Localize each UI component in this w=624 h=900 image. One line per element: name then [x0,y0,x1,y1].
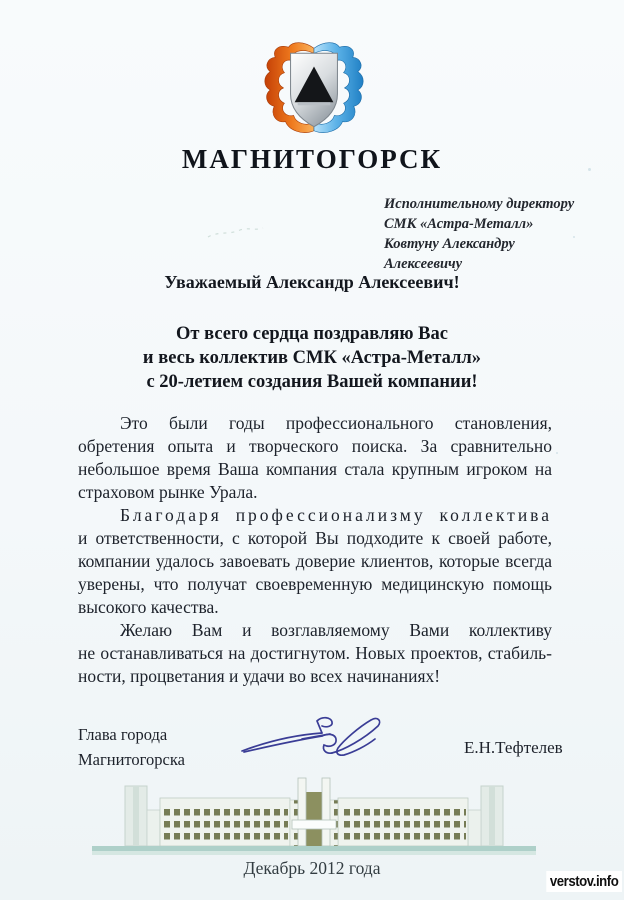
entrance-band [292,820,336,829]
text-line: не останавливаться на достигнутом. Новых… [78,642,552,665]
site-watermark: verstov.info [546,871,622,892]
congrats-line: и весь коллектив СМК «Астра-Металл» [0,346,624,370]
central-pillar [298,778,306,846]
text-line: Благодаря профессионализму коллектива [78,504,552,527]
salutation: Уважаемый Александр Алексеевич! [0,272,624,293]
recipient-line: Исполнительному директору [384,194,584,214]
signer-name: Е.Н.Тефтелев [464,738,563,758]
letter-body: Это были годы профессионального становле… [78,412,552,688]
magnitogorsk-coat-of-arms-icon [258,38,370,144]
text-line: обретения опыта и творческого поиска. За… [78,435,552,458]
scan-speck [556,452,558,454]
handwritten-signature [232,710,392,765]
city-title: МАГНИТОГОРСК [0,144,624,175]
letter-date: Декабрь 2012 года [0,858,624,879]
recipient-line: Алексеевичу [384,254,584,274]
city-hall-illustration [92,770,536,860]
text-line: и ответственности, с которой Вы подходит… [78,527,552,550]
base-platform [92,846,536,851]
signer-title-line: Глава города [78,722,185,747]
scanned-letter-page: МАГНИТОГОРСК Исполнительному директору С… [0,0,624,900]
faint-scan-mark [205,224,267,244]
recipient-line: Ковтуну Александру [384,234,584,254]
text-line: Желаю Вам и возглавляемому Вами коллекти… [78,619,552,642]
congratulation-block: От всего сердца поздравляю Вас и весь ко… [0,322,624,394]
signer-title-line: Магнитогорска [78,747,185,772]
text-line: страховом рынке Урала. [78,481,552,504]
congrats-line: с 20-летием создания Вашей компании! [0,370,624,394]
text-line: компании удалось завоевать доверие клиен… [78,550,552,573]
central-pillar [322,778,330,846]
text-line: уверены, что получат своевременную медиц… [78,573,552,596]
signer-title: Глава города Магнитогорска [78,722,185,772]
text-line: ности, процветания и удачи во всех начин… [78,665,552,688]
text-line: небольшое время Ваша компания стала круп… [78,458,552,481]
central-panel [305,792,323,846]
tent-base-reflection [298,102,331,105]
text-line: высокого качества. [78,596,552,619]
congrats-line: От всего сердца поздравляю Вас [0,322,624,346]
recipient-block: Исполнительному директору СМК «Астра-Мет… [384,194,584,274]
text-line: Это были годы профессионального становле… [78,412,552,435]
recipient-line: СМК «Астра-Металл» [384,214,584,234]
